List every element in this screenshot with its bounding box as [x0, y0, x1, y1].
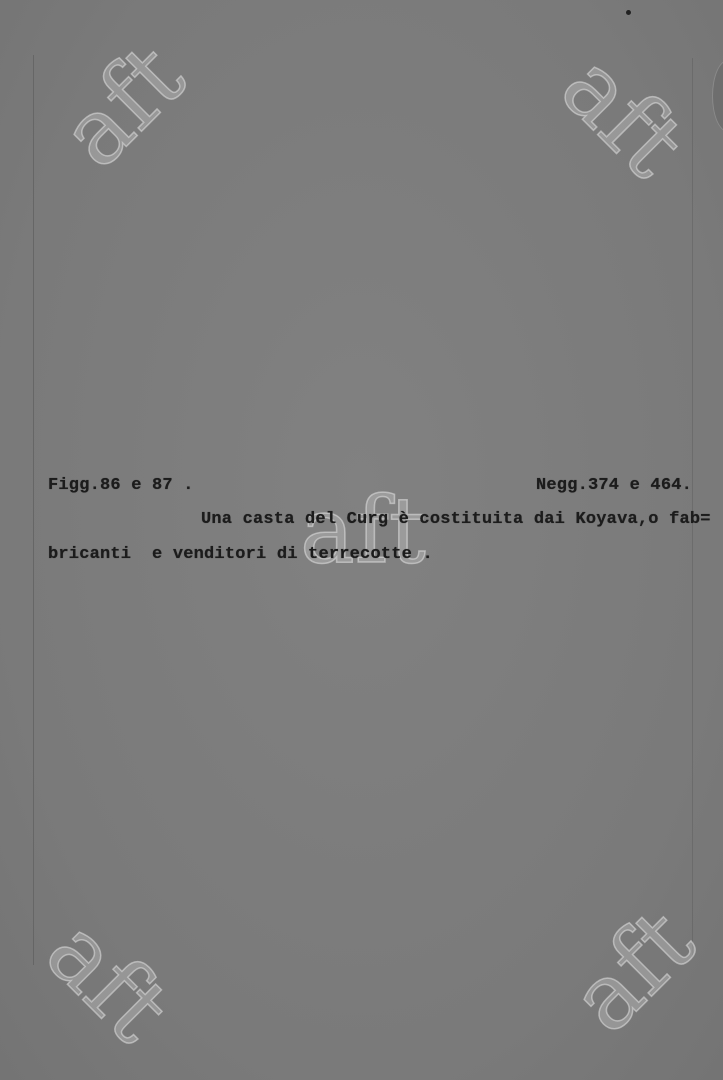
left-margin-line [33, 55, 34, 965]
punch-hole [712, 60, 723, 132]
dust-speck [626, 10, 631, 15]
archive-card: aft aft aft aft aft Figg.86 e 87 . Negg.… [0, 0, 723, 1080]
caption-line-2: bricanti e venditori di terrecotte . [48, 545, 433, 564]
negative-reference: Negg.374 e 464. [536, 476, 692, 495]
caption-line-1: Una casta del Curg è costituita dai Koya… [201, 510, 711, 529]
watermark-bottom-left: aft [31, 904, 185, 1058]
watermark-top-right: aft [546, 39, 700, 193]
watermark-bottom-right: aft [556, 894, 710, 1048]
watermark-top-left: aft [46, 29, 200, 183]
figure-reference: Figg.86 e 87 . [48, 476, 194, 495]
right-margin-line [692, 58, 693, 958]
